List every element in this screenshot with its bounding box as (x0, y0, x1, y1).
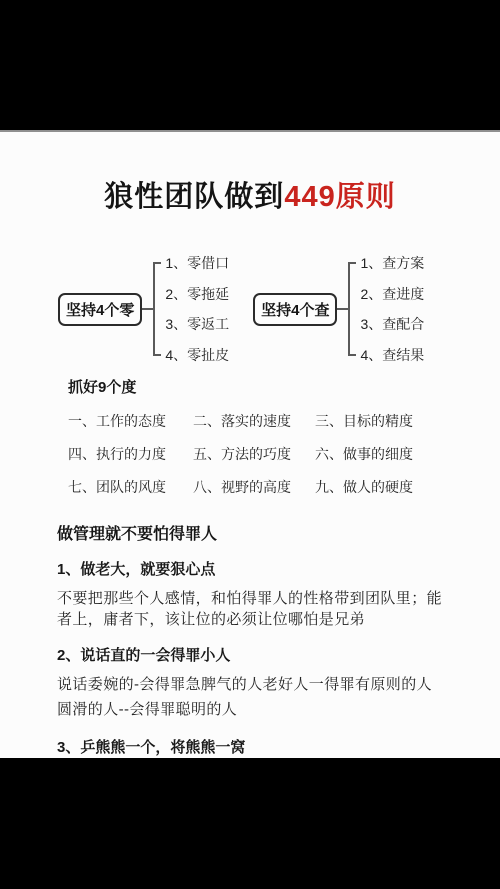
bracket-tick-bottom (153, 354, 161, 356)
bracket-line (348, 263, 350, 355)
management-subsection: 3、乒熊熊一个，将熊熊一窝 请记住这句话：要想管理好员工，就必须具备不怕得罪人的… (57, 736, 452, 758)
bracket-item: 1、查方案 (360, 248, 424, 279)
subsection-title: 3、乒熊熊一个，将熊熊一窝 (57, 736, 452, 757)
four-checks-group: 坚持4个查 1、查方案 2、查进度 3、查配合 4、查结果 (253, 248, 424, 370)
bracket-item: 3、零返工 (165, 309, 229, 340)
subsection-title: 1、做老大，就要狠心点 (57, 558, 452, 579)
degree-item: 六、做事的细度 (315, 444, 500, 464)
connector-line (142, 308, 153, 310)
bracket-line (153, 263, 155, 355)
subsection-body: 说话委婉的-会得罪急脾气的人老好人一得罪有原则的人 圆滑的人--会得罪聪明的人 (57, 672, 452, 722)
degree-item: 三、目标的精度 (315, 411, 500, 431)
connector-line (337, 308, 348, 310)
management-section: 做管理就不要怕得罪人 1、做老大，就要狠心点 不要把那些个人感情，和怕得罪人的性… (0, 521, 500, 758)
bracket-item: 4、零扯皮 (165, 340, 229, 371)
subsection-body: 不要把那些个人感情，和怕得罪人的性格带到团队里；能者上，庸者下，该让位的必须让位… (57, 588, 452, 630)
degree-item: 二、落实的速度 (193, 411, 315, 431)
four-zeros-box: 坚持4个零 (58, 293, 142, 326)
management-heading: 做管理就不要怕得罪人 (57, 521, 452, 544)
four-zeros-group: 坚持4个零 1、零借口 2、零拖延 3、零返工 4、零扯皮 (58, 248, 229, 370)
subsection-title: 2、说话直的一会得罪小人 (57, 644, 452, 665)
page-title: 狼性团队做到449原则 (0, 180, 500, 214)
bracket-item: 4、查结果 (360, 340, 424, 371)
bracket-tick-top (153, 262, 161, 264)
four-zeros-items: 1、零借口 2、零拖延 3、零返工 4、零扯皮 (165, 248, 229, 370)
management-subsection: 2、说话直的一会得罪小人 说话委婉的-会得罪急脾气的人老好人一得罪有原则的人 圆… (57, 644, 452, 722)
bracket-item: 2、查进度 (360, 279, 424, 310)
degree-item: 九、做人的硬度 (315, 477, 500, 497)
bracket-diagram: 坚持4个零 1、零借口 2、零拖延 3、零返工 4、零扯皮 坚持4个查 (0, 248, 500, 370)
title-main: 狼性团队做到 (104, 181, 284, 213)
four-checks-box: 坚持4个查 (253, 293, 337, 326)
title-highlight: 449原则 (284, 181, 395, 213)
four-checks-items: 1、查方案 2、查进度 3、查配合 4、查结果 (360, 248, 424, 370)
management-subsection: 1、做老大，就要狠心点 不要把那些个人感情，和怕得罪人的性格带到团队里；能者上，… (57, 558, 452, 630)
video-frame: 狼性团队做到449原则 坚持4个零 1、零借口 2、零拖延 3、零返工 4、零扯… (0, 0, 500, 889)
degree-item: 四、执行的力度 (68, 444, 193, 464)
nine-degrees-section: 抓好9个度 一、工作的态度 二、落实的速度 三、目标的精度 四、执行的力度 五、… (0, 376, 500, 497)
nine-degrees-heading: 抓好9个度 (68, 376, 500, 397)
degree-item: 一、工作的态度 (68, 411, 193, 431)
degree-item: 七、团队的风度 (68, 477, 193, 497)
bracket-item: 1、零借口 (165, 248, 229, 279)
degree-item: 五、方法的巧度 (193, 444, 315, 464)
degree-item: 八、视野的高度 (193, 477, 315, 497)
bracket-item: 3、查配合 (360, 309, 424, 340)
four-zeros-bracket: 1、零借口 2、零拖延 3、零返工 4、零扯皮 (153, 248, 229, 370)
nine-degrees-grid: 一、工作的态度 二、落实的速度 三、目标的精度 四、执行的力度 五、方法的巧度 … (68, 411, 500, 497)
content-page: 狼性团队做到449原则 坚持4个零 1、零借口 2、零拖延 3、零返工 4、零扯… (0, 130, 500, 758)
bracket-item: 2、零拖延 (165, 279, 229, 310)
four-checks-bracket: 1、查方案 2、查进度 3、查配合 4、查结果 (348, 248, 424, 370)
bracket-tick-top (348, 262, 356, 264)
bracket-tick-bottom (348, 354, 356, 356)
